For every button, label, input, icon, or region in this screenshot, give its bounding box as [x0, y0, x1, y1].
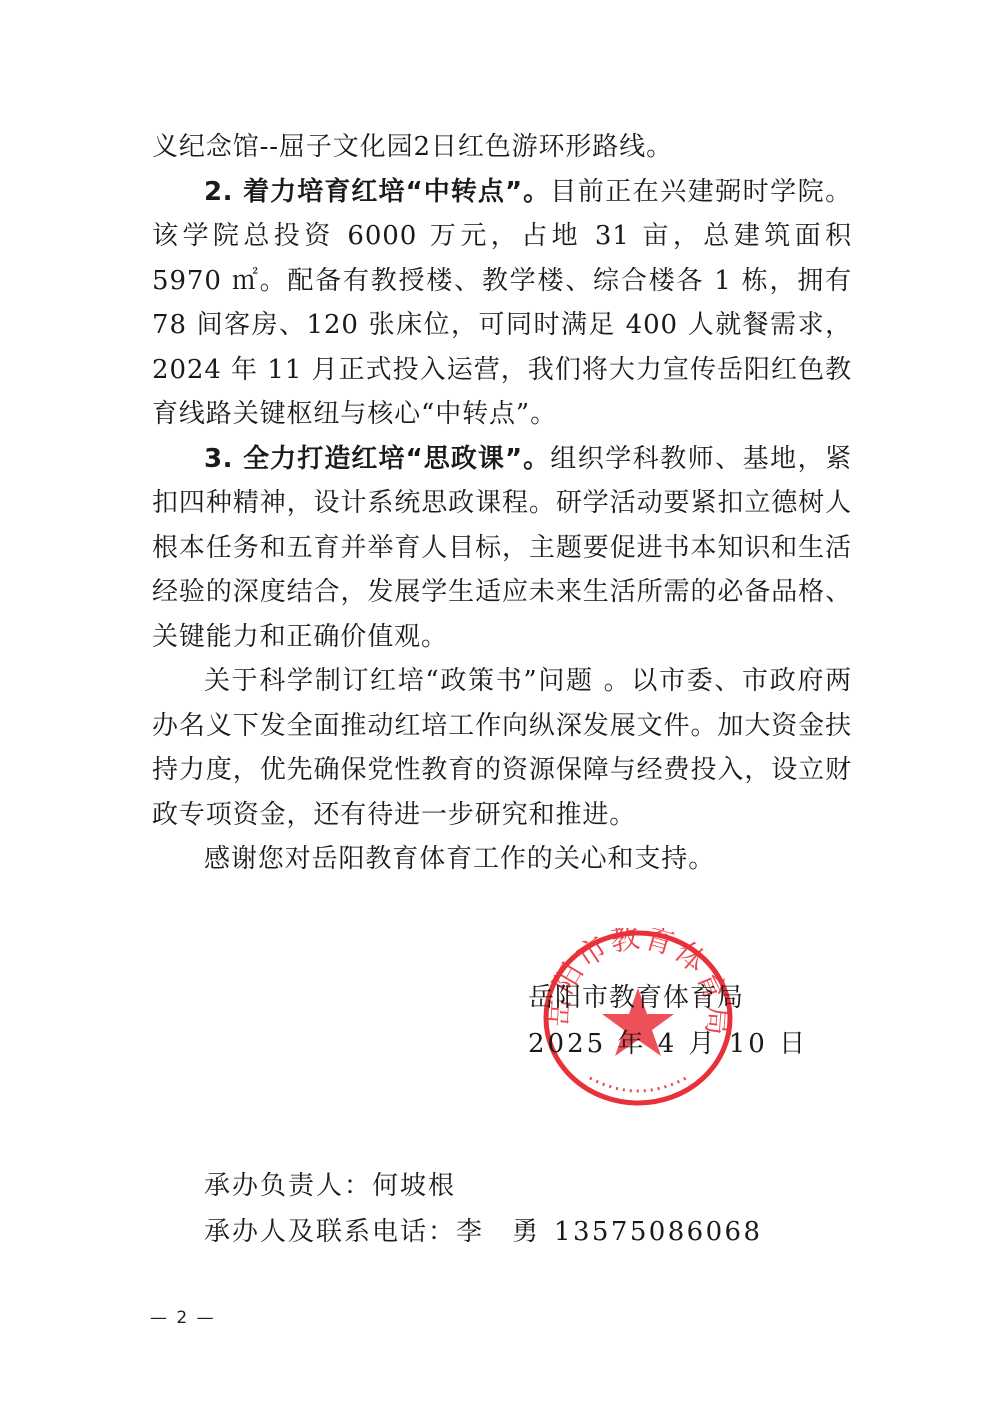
- handler-name-first: 李: [456, 1217, 484, 1247]
- paragraph-text: 目前正在兴建弼时学院。该学院总投资 6000 万元，占地 31 亩，总建筑面积 …: [152, 177, 852, 430]
- handler-name-second: 勇: [512, 1217, 540, 1247]
- paragraph-thanks: 感谢您对岳阳教育体育工作的关心和支持。: [152, 837, 852, 882]
- responsible-person-line: 承办负责人：何坡根: [204, 1163, 762, 1209]
- document-page: 义纪念馆--屈子文化园2日红色游环形路线。 2. 着力培育红培“中转点”。目前正…: [0, 0, 1000, 1414]
- paragraph-text: 关于科学制订红培“政策书”问题 。以市委、市政府两办名义下发全面推动红培工作向纵…: [152, 666, 852, 830]
- paragraph-route-continuation: 义纪念馆--屈子文化园2日红色游环形路线。: [152, 125, 852, 170]
- responsible-label: 承办负责人：: [204, 1171, 372, 1201]
- paragraph-policy: 关于科学制订红培“政策书”问题 。以市委、市政府两办名义下发全面推动红培工作向纵…: [152, 659, 852, 837]
- paragraph-text: 义纪念馆--屈子文化园2日红色游环形路线。: [152, 132, 673, 162]
- issuing-organization: 岳阳市教育体育局: [528, 975, 808, 1021]
- contact-info: 承办负责人：何坡根 承办人及联系电话：李勇13575086068: [204, 1163, 762, 1255]
- paragraph-heading: 2. 着力培育红培“中转点”。: [204, 177, 550, 207]
- handler-label: 承办人及联系电话：: [204, 1217, 456, 1247]
- paragraph-heading: 3. 全力打造红培“思政课”。: [204, 444, 550, 474]
- issue-date: 2025 年 4 月 10 日: [528, 1021, 808, 1067]
- responsible-name: 何坡根: [372, 1171, 456, 1201]
- paragraph-text: 感谢您对岳阳教育体育工作的关心和支持。: [204, 844, 715, 874]
- paragraph-transfer-point: 2. 着力培育红培“中转点”。目前正在兴建弼时学院。该学院总投资 6000 万元…: [152, 170, 852, 437]
- page-number: — 2 —: [150, 1308, 216, 1328]
- handler-line: 承办人及联系电话：李勇13575086068: [204, 1209, 762, 1255]
- handler-phone: 13575086068: [554, 1217, 762, 1247]
- signature-block: 岳阳市教育体育局 2025 年 4 月 10 日: [528, 975, 808, 1067]
- letter-body: 义纪念馆--屈子文化园2日红色游环形路线。 2. 着力培育红培“中转点”。目前正…: [152, 125, 852, 882]
- paragraph-ideology-course: 3. 全力打造红培“思政课”。组织学科教师、基地，紧扣四种精神，设计系统思政课程…: [152, 437, 852, 660]
- paragraph-text: 组织学科教师、基地，紧扣四种精神，设计系统思政课程。研学活动要紧扣立德树人根本任…: [152, 444, 852, 652]
